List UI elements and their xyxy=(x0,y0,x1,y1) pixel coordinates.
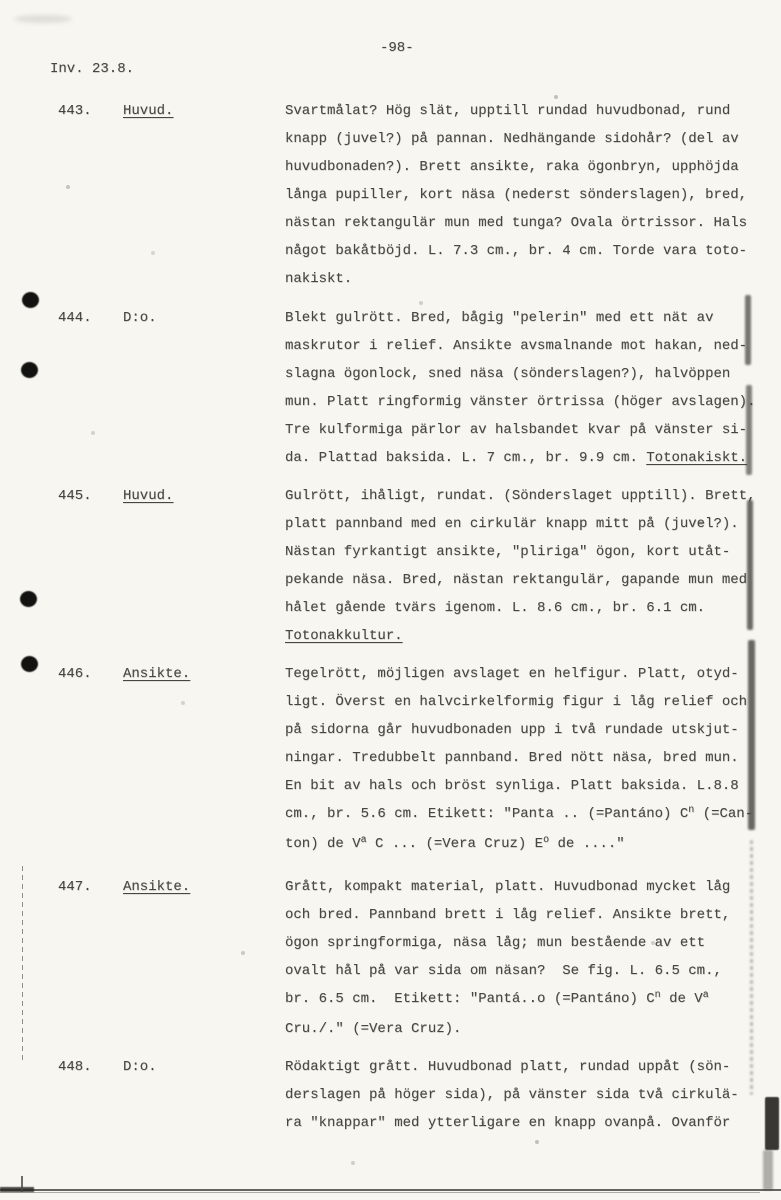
ink-smudge xyxy=(747,500,753,630)
entry-text-line: nakiskt. xyxy=(285,265,777,293)
entry-text-line: något bakåtböjd. L. 7.3 cm., br. 4 cm. T… xyxy=(285,237,777,265)
entry-body: Rödaktigt grått. Huvudbonad platt, runda… xyxy=(285,1053,777,1137)
entry-text-line: ögon springformiga, näsa låg; mun beståe… xyxy=(285,929,777,957)
entry-text-line: huvudbonaden?). Brett ansikte, raka ögon… xyxy=(285,153,777,181)
entry-text-line: Gulrött, ihåligt, rundat. (Sönderslaget … xyxy=(285,482,777,510)
entry-body: Grått, kompakt material, platt. Huvudbon… xyxy=(285,873,777,1043)
entry-text-line: cm., br. 5.6 cm. Etikett: "Panta .. (=Pa… xyxy=(285,800,777,830)
entry-label: Huvud. xyxy=(123,482,173,510)
entry-text-line: långa pupiller, kort näsa (nederst sönde… xyxy=(285,181,777,209)
entry-number: 448. xyxy=(58,1053,92,1081)
ink-smudge xyxy=(765,1097,779,1150)
entry-text-line: Svartmålat? Hög slät, upptill rundad huv… xyxy=(285,97,777,125)
page-bottom-edge xyxy=(0,1192,760,1193)
entry-number: 443. xyxy=(58,97,92,125)
entry-label: D:o. xyxy=(123,304,157,332)
entry-text-line: ton) de Va C ... (=Vera Cruz) Eo de ....… xyxy=(285,830,777,860)
paper-smudge xyxy=(14,15,72,23)
entry-text-line: Cru./." (=Vera Cruz). xyxy=(285,1015,777,1043)
entry-text-line: på sidorna går huvudbonaden upp i två ru… xyxy=(285,716,777,744)
entry-text-line: och bred. Pannband brett i låg relief. A… xyxy=(285,901,777,929)
page-number: -98- xyxy=(380,34,414,62)
entry-text-line: knapp (juvel?) på pannan. Nedhängande si… xyxy=(285,125,777,153)
punch-hole xyxy=(22,292,39,308)
entry-text-line: maskrutor i relief. Ansikte avsmalnande … xyxy=(285,332,777,360)
punch-hole xyxy=(21,362,38,378)
entry-label: D:o. xyxy=(123,1053,157,1081)
ink-smudge xyxy=(748,640,755,830)
document-page: -98- Inv. 23.8. 443. Huvud. Svartmålat? … xyxy=(0,0,781,1200)
entry-label: Huvud. xyxy=(123,97,173,125)
entry-text-line: ra "knappar" med ytterligare en knapp ov… xyxy=(285,1109,777,1137)
ink-smudge xyxy=(745,295,751,365)
entry-body: Gulrött, ihåligt, rundat. (Sönderslaget … xyxy=(285,482,777,650)
punch-hole xyxy=(20,591,37,607)
entry-label: Ansikte. xyxy=(123,660,190,688)
entry-text-line: ningar. Tredubbelt pannband. Bred nött n… xyxy=(285,744,777,772)
entry-text-line: br. 6.5 cm. Etikett: "Pantá..o (=Pantáno… xyxy=(285,985,777,1015)
entry-text-line: ovalt hål på var sida om näsan? Se fig. … xyxy=(285,957,777,985)
entry-text-line: mun. Platt ringformig vänster örtrissa (… xyxy=(285,388,777,416)
entry-text-line: derslagen på höger sida), på vänster sid… xyxy=(285,1081,777,1109)
entry-text-line: Totonakkultur. xyxy=(285,622,777,650)
entry-text-line: Blekt gulrött. Bred, bågig "pelerin" med… xyxy=(285,304,777,332)
ink-smudge xyxy=(763,1150,773,1190)
page-bottom-edge xyxy=(0,1187,34,1192)
entry-text-line: Nästan fyrkantigt ansikte, "pliriga" ögo… xyxy=(285,538,777,566)
page-bottom-edge xyxy=(0,1189,781,1191)
entry-text-line: hålet gående tvärs igenom. L. 8.6 cm., b… xyxy=(285,594,777,622)
entry-number: 444. xyxy=(58,304,92,332)
paper-speckles xyxy=(0,0,2,2)
entry-text-line: slagna ögonlock, sned näsa (sönderslagen… xyxy=(285,360,777,388)
entry-text-line: nästan rektangulär mun med tunga? Ovala … xyxy=(285,209,777,237)
entry-text-line: Tre kulformiga pärlor av halsbandet kvar… xyxy=(285,416,777,444)
entry-body: Tegelrött, möjligen avslaget en helfigur… xyxy=(285,660,777,860)
ink-smudge xyxy=(746,385,752,475)
entry-text-line: da. Plattad baksida. L. 7 cm., br. 9.9 c… xyxy=(285,444,777,472)
margin-line xyxy=(22,866,23,1062)
entry-body: Blekt gulrött. Bred, bågig "pelerin" med… xyxy=(285,304,777,472)
entry-number: 447. xyxy=(58,873,92,901)
entry-text-line: ligt. Överst en halvcirkelformig figur i… xyxy=(285,688,777,716)
entry-number: 446. xyxy=(58,660,92,688)
entry-body: Svartmålat? Hög slät, upptill rundad huv… xyxy=(285,97,777,293)
entry-text-line: Tegelrött, möjligen avslaget en helfigur… xyxy=(285,660,777,688)
entry-text-line: Grått, kompakt material, platt. Huvudbon… xyxy=(285,873,777,901)
ink-smudge xyxy=(750,840,753,1095)
entry-text-line: platt pannband med en cirkulär knapp mit… xyxy=(285,510,777,538)
inventory-label: Inv. 23.8. xyxy=(50,55,134,83)
punch-hole xyxy=(21,656,38,672)
entry-text-line: En bit av hals och bröst synliga. Platt … xyxy=(285,772,777,800)
margin-mark xyxy=(21,1176,23,1192)
entry-number: 445. xyxy=(58,482,92,510)
entry-text-line: Rödaktigt grått. Huvudbonad platt, runda… xyxy=(285,1053,777,1081)
entry-label: Ansikte. xyxy=(123,873,190,901)
entry-text-line: pekande näsa. Bred, nästan rektangulär, … xyxy=(285,566,777,594)
